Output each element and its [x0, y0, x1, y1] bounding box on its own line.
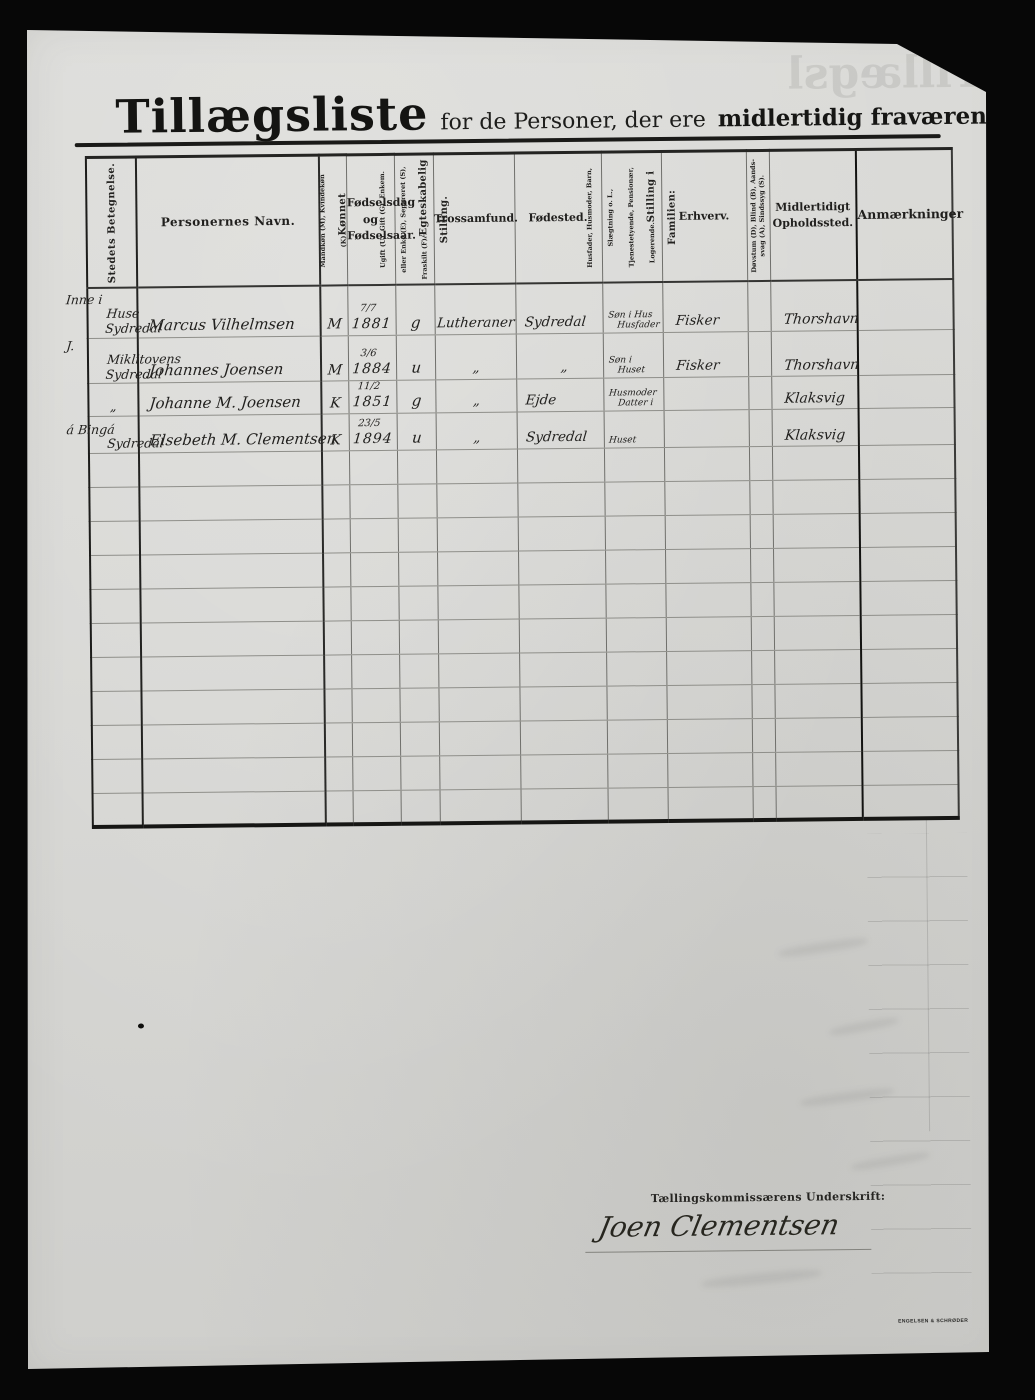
printer-mark: ENGELSEN & SCHRØDER [898, 1318, 968, 1325]
cell-marital: g [396, 393, 436, 413]
empty-cell [89, 453, 139, 488]
empty-cell [90, 589, 140, 624]
empty-cell [437, 585, 518, 620]
empty-cell [93, 793, 143, 828]
empty-cell [666, 650, 751, 685]
empty-cell [606, 617, 666, 652]
empty-cell [664, 480, 749, 515]
cell-disability [749, 444, 771, 446]
census-table: Stedets Betegnelse. Personernes Navn. Ma… [85, 147, 960, 829]
empty-cell [141, 621, 324, 657]
empty-cell [752, 786, 775, 820]
cell-birthdate: 23/51894 [348, 419, 398, 450]
cell-family-position: Huset [604, 435, 664, 447]
empty-cell [519, 686, 606, 721]
scanned-census-page: Tillægsliste Tillægsliste for de Persone… [0, 0, 1035, 1400]
cell-sex: M [321, 317, 348, 335]
cell-birth-year: 1851 [351, 394, 392, 410]
empty-cell [666, 684, 751, 719]
title-main: Tillægsliste [115, 86, 428, 143]
empty-cell [774, 649, 861, 684]
empty-cell [326, 790, 353, 824]
empty-cell [141, 655, 324, 691]
empty-cell [772, 445, 859, 480]
empty-cell [774, 683, 861, 718]
empty-cell [861, 648, 957, 683]
empty-cell [439, 755, 520, 790]
cell-marital: g [395, 315, 435, 335]
empty-cell [324, 620, 351, 654]
empty-cell [349, 484, 397, 519]
cell-birth-day: 3/6 [344, 349, 392, 360]
empty-cell [92, 725, 142, 760]
empty-cell [400, 722, 439, 756]
empty-cell [436, 483, 517, 518]
empty-cell [664, 446, 749, 481]
cell-disability [748, 328, 770, 330]
empty-cell [751, 684, 774, 718]
empty-cell [666, 616, 751, 651]
empty-cell [607, 787, 667, 822]
cell-place: J. Miklitovens Sydredal [87, 338, 139, 383]
empty-cell [750, 514, 773, 548]
col-header-dovstum: Døvstum (D), Blind (B), Aands- svag (A),… [746, 150, 770, 281]
empty-cell [752, 752, 775, 786]
table-row: Inne i Huse Sydredal Marcus Vilhelmsen M… [87, 279, 953, 338]
empty-cell [324, 654, 351, 688]
empty-cell [401, 789, 440, 823]
cell-birth-year: 1894 [352, 431, 393, 447]
empty-cell [91, 657, 141, 692]
cell-occupation [664, 407, 748, 410]
empty-cell [861, 682, 957, 717]
empty-cell [517, 448, 604, 483]
cell-birth-day: 23/5 [345, 419, 393, 430]
cell-birthdate: 7/71881 [347, 304, 397, 335]
empty-cell [519, 652, 606, 687]
cell-sex: K [322, 432, 349, 450]
bleedthrough-ruling [867, 833, 972, 1274]
cell-family-position: Søn i Huset [603, 355, 664, 377]
empty-cell [751, 616, 774, 650]
cell-birthplace: „ [516, 360, 604, 378]
empty-cell [438, 619, 519, 654]
empty-cell [862, 750, 958, 785]
header-row: Stedets Betegnelse. Personernes Navn. Ma… [86, 148, 953, 288]
empty-cell [606, 685, 666, 720]
empty-cell [859, 478, 955, 513]
empty-cell [139, 485, 322, 521]
title-mid: for de Personer, der ere [440, 108, 706, 136]
cell-occupation [664, 444, 748, 447]
empty-cell [398, 586, 437, 620]
cell-birthplace: Sydredal [517, 430, 605, 448]
cell-occupation: Fisker [662, 313, 748, 331]
empty-cell [350, 552, 398, 587]
empty-cell [774, 615, 861, 650]
empty-cell [749, 480, 772, 514]
empty-cell [352, 756, 400, 791]
empty-cell [667, 786, 752, 821]
empty-cell [325, 722, 352, 756]
cell-name: Johanne M. Joensen [139, 394, 322, 415]
signature-line [585, 1249, 871, 1253]
col-header-aegteskab-main: Ægteskabelig Stilling. [417, 159, 450, 243]
empty-cell [440, 789, 521, 824]
col-header-navn-label: Personernes Navn. [137, 212, 318, 232]
col-header-ophold: Midlertidigt Opholdssted. [769, 149, 857, 280]
empty-cell [324, 688, 351, 722]
table-row: J. Miklitovens Sydredal Johannes Joensen… [88, 329, 954, 383]
cell-birthdate: 3/61884 [347, 349, 397, 380]
empty-cell [860, 512, 956, 547]
empty-cell [521, 788, 608, 823]
empty-cell [143, 791, 326, 827]
empty-cell [604, 447, 664, 482]
cell-sex: M [321, 362, 348, 380]
empty-cell [351, 654, 399, 689]
empty-cell [325, 756, 352, 790]
empty-cell [140, 553, 323, 589]
cell-birth-year: 1881 [351, 316, 392, 332]
cell-sex: K [322, 395, 349, 413]
col-header-ophold-label: Midlertidigt Opholdssted. [770, 198, 856, 232]
empty-cell [517, 482, 604, 517]
cell-birthdate: 11/21851 [347, 382, 397, 413]
empty-cell [667, 718, 752, 753]
empty-cell [519, 618, 606, 653]
col-header-kon: Mandkøn (M), Kvindekøn (K)Kønnet [319, 155, 347, 286]
cell-religion: „ [435, 361, 517, 379]
cell-birth-year: 1884 [351, 361, 392, 377]
empty-cell [322, 450, 349, 484]
empty-cell [667, 752, 752, 787]
cell-name: Elsebeth M. Clementsen [139, 431, 322, 452]
col-header-sted-label: Stedets Betegnelse. [104, 162, 118, 283]
cell-name: Johannes Joensen [138, 361, 321, 382]
empty-cell [399, 654, 438, 688]
empty-cell [349, 450, 397, 485]
empty-cell [749, 446, 772, 480]
empty-cell [518, 550, 605, 585]
cell-birth-day: 11/2 [344, 382, 392, 393]
empty-cell [860, 546, 956, 581]
empty-cell [90, 521, 140, 556]
empty-cell [399, 620, 438, 654]
empty-cell [607, 719, 667, 754]
bleedthrough-smudge [778, 936, 868, 959]
cell-occupation: Fisker [663, 358, 749, 376]
cell-birth-day: 7/7 [344, 304, 392, 315]
col-header-aegteskab: Ugift (U), Gift (G), Enkem. eller Enke (… [394, 154, 434, 285]
empty-cell [142, 757, 325, 793]
empty-cell [438, 687, 519, 722]
empty-cell [607, 753, 667, 788]
empty-cell [773, 513, 860, 548]
col-header-kon-main: Kønnet [337, 193, 348, 236]
empty-cell [436, 449, 517, 484]
empty-cell [605, 583, 665, 618]
empty-cell [322, 484, 349, 518]
empty-cell [520, 754, 607, 789]
empty-cell [350, 518, 398, 553]
empty-cell [773, 547, 860, 582]
empty-cell [323, 552, 350, 586]
cell-birthplace: Sydredal [515, 315, 603, 333]
page-content: Tillægsliste Tillægsliste for de Persone… [0, 0, 1035, 1400]
empty-cell [352, 722, 400, 757]
cell-family-position: Husmoder Datter i [603, 388, 664, 410]
ink-speck [138, 1023, 144, 1028]
empty-cell [665, 514, 750, 549]
empty-cell [665, 548, 750, 583]
col-header-stilling: Husfader, Husmoder, Barn, Slægtning o. L… [601, 152, 662, 283]
cell-name: Marcus Vilhelmsen [138, 316, 321, 337]
census-table-body: Inne i Huse Sydredal Marcus Vilhelmsen M… [87, 279, 959, 827]
empty-cell [665, 582, 750, 617]
empty-cell [862, 784, 958, 819]
empty-cell [89, 487, 139, 522]
empty-cell [860, 580, 956, 615]
empty-cell [606, 651, 666, 686]
bleedthrough-smudge [701, 1267, 822, 1290]
empty-cell [139, 451, 322, 487]
empty-cell [91, 623, 141, 658]
empty-cell [400, 756, 439, 790]
empty-cell [773, 581, 860, 616]
empty-cell [398, 552, 437, 586]
col-header-anm: Anmærkninger [856, 148, 953, 279]
empty-cell [91, 691, 141, 726]
cell-place: Inne i Huse Sydredal [86, 293, 138, 338]
empty-cell [398, 518, 437, 552]
cell-disability [749, 374, 771, 376]
cell-place: á Bingá Sydredal [88, 422, 139, 452]
cell-religion: „ [435, 394, 517, 412]
empty-cell [605, 549, 665, 584]
cell-residence: Thorshavn [771, 356, 858, 375]
empty-cell [604, 481, 664, 516]
empty-cell [350, 586, 398, 621]
cell-family-position: Søn i Hus Husfader [602, 310, 663, 332]
empty-cell [752, 718, 775, 752]
empty-cell [772, 479, 859, 514]
empty-cell [351, 688, 399, 723]
empty-cell [437, 551, 518, 586]
empty-cell [859, 444, 955, 479]
empty-cell [861, 614, 957, 649]
empty-cell [520, 720, 607, 755]
empty-cell [751, 650, 774, 684]
empty-cell [90, 555, 140, 590]
empty-cell [92, 759, 142, 794]
empty-cell [518, 516, 605, 551]
empty-cell [397, 484, 436, 518]
empty-cell [399, 688, 438, 722]
cell-place: „ [89, 400, 138, 416]
title-emphasis: midlertidig fraværende. [718, 102, 1026, 132]
empty-cell [323, 586, 350, 620]
empty-cell [775, 717, 862, 752]
empty-cell [353, 790, 401, 825]
commissioner-signature: Joen Clementsen [596, 1208, 843, 1244]
cell-religion: Lutheraner [434, 316, 516, 334]
cell-religion: „ [436, 431, 518, 449]
empty-cell [351, 620, 399, 655]
empty-cell [141, 689, 324, 725]
empty-cell [605, 515, 665, 550]
empty-cell [438, 653, 519, 688]
col-header-navn: Personernes Navn. [136, 155, 320, 287]
empty-cell [518, 584, 605, 619]
empty-cell [397, 450, 436, 484]
empty-cell [140, 587, 323, 623]
empty-cell [775, 785, 862, 820]
empty-cell [750, 548, 773, 582]
cell-residence: Klaksvig [771, 426, 858, 445]
cell-birthplace: Ejde [516, 393, 604, 411]
empty-cell [323, 518, 350, 552]
cell-disability [749, 407, 771, 409]
cell-marital: u [396, 430, 436, 450]
col-header-anm-label: Anmærkninger [857, 205, 951, 225]
signature-label: Tællingskommissærens Underskrift: [651, 1190, 886, 1205]
cell-residence: Thorshavn [770, 311, 857, 330]
col-header-dovstum-label: Døvstum (D), Blind (B), Aands- svag (A),… [749, 159, 767, 273]
empty-cell [775, 751, 862, 786]
empty-cell [142, 723, 325, 759]
col-header-sted: Stedets Betegnelse. [86, 157, 137, 288]
empty-cell [750, 582, 773, 616]
cell-residence: Klaksvig [771, 389, 858, 408]
empty-cell [862, 716, 958, 751]
empty-cell [439, 721, 520, 756]
empty-cell [437, 517, 518, 552]
empty-cell [140, 519, 323, 555]
cell-marital: u [396, 360, 436, 380]
